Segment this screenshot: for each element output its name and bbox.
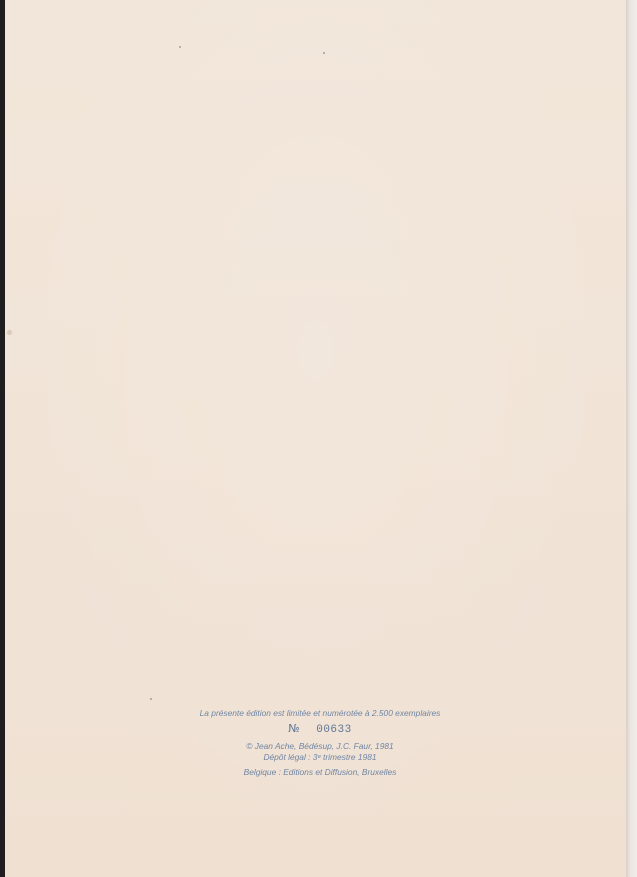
legal-deposit-line: Dépôt légal : 3ᵉ trimestre 1981 xyxy=(150,752,490,763)
next-page-edge xyxy=(626,0,637,877)
copyright-line: © Jean Ache, Bédésup, J.C. Faur, 1981 xyxy=(150,741,490,752)
copy-number: 00633 xyxy=(316,724,352,736)
limited-edition-notice: La présente édition est limitée et numér… xyxy=(150,708,490,719)
number-sign: № xyxy=(288,722,300,735)
scanned-page: La présente édition est limitée et numér… xyxy=(0,0,637,877)
publisher-line: Belgique : Editions et Diffusion, Bruxel… xyxy=(150,767,490,778)
colophon: La présente édition est limitée et numér… xyxy=(150,708,490,778)
paper-speck xyxy=(179,46,181,48)
paper-speck xyxy=(150,698,152,700)
paper-speck xyxy=(323,52,325,54)
paper-stain xyxy=(7,330,12,335)
copy-number-row: №00633 xyxy=(150,723,490,736)
